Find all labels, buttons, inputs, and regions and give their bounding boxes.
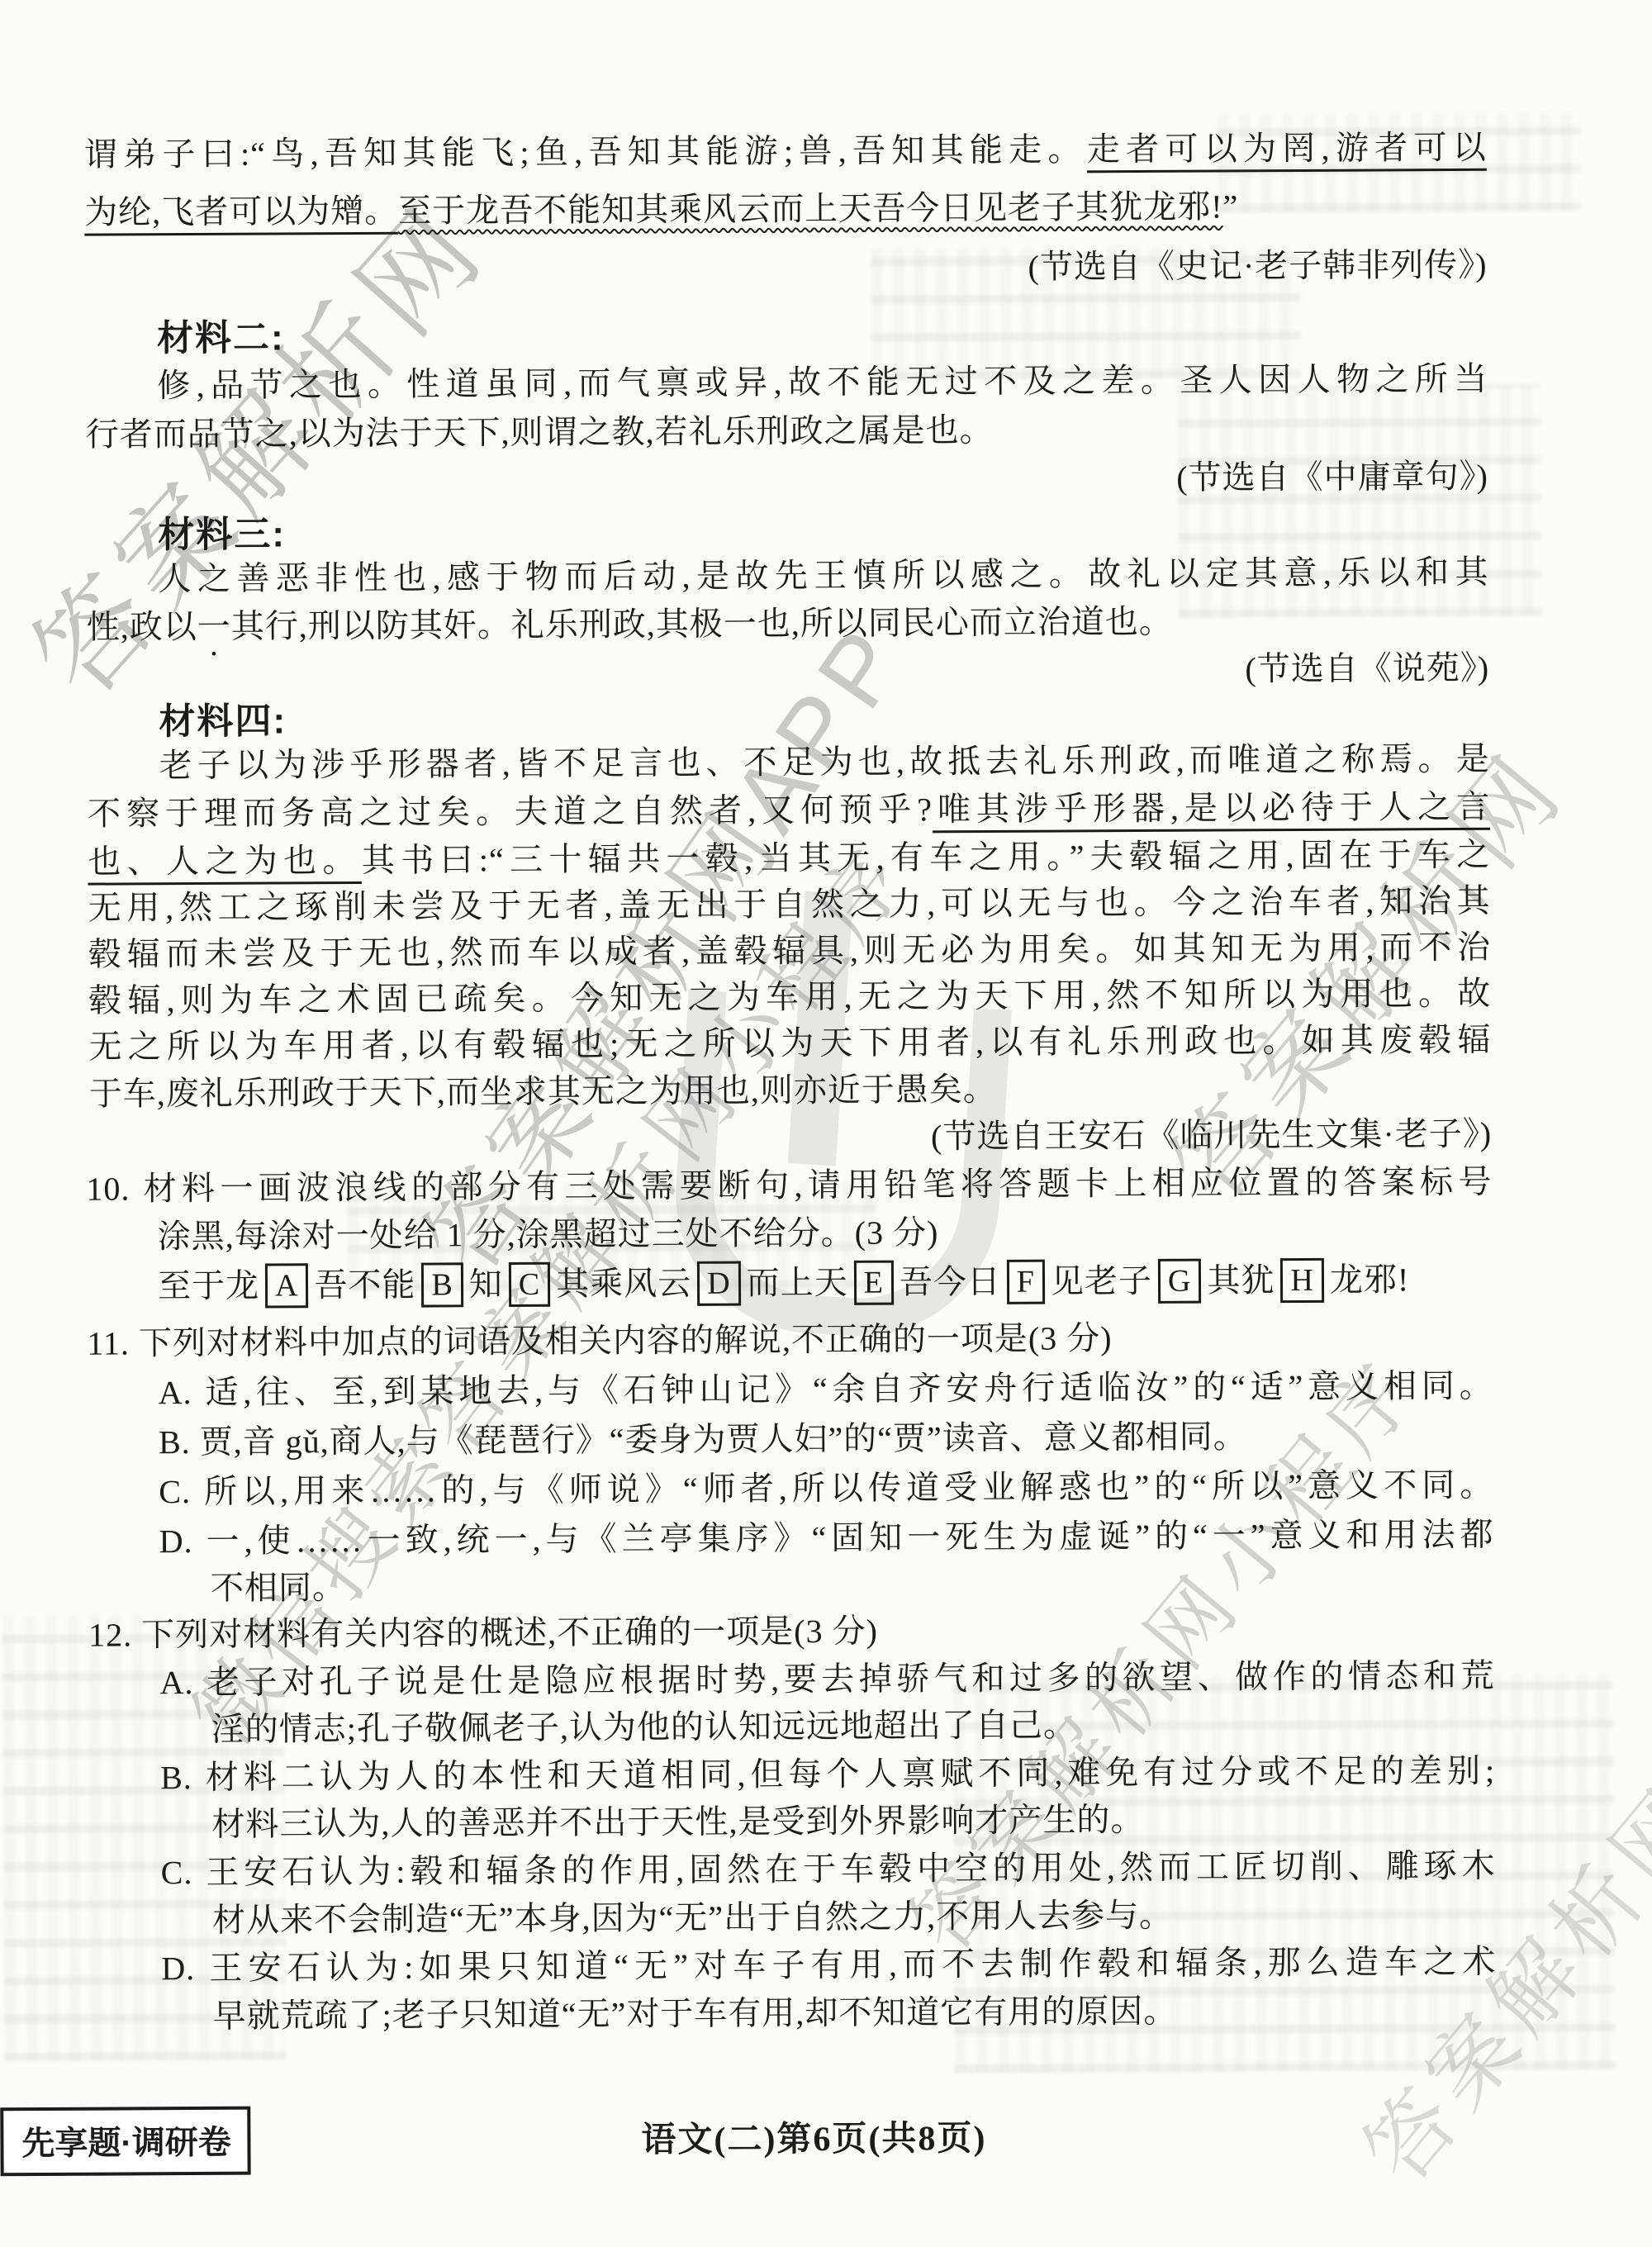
text-segment: 见老子 xyxy=(1051,1262,1152,1300)
text-segment: 无之所以为车用者,以有毂辐也;无之所以为天下用者,以有礼乐刑政也。如其废毂辐 xyxy=(88,1021,1491,1066)
question11-optionA: A. 适,往、至,到某地去,与《石钟山记》“余自齐安舟行适临汝”的“适”意义相同… xyxy=(159,1366,1493,1413)
question11-optionC: C. 所以,用来……的,与《师说》“师者,所以传道受业解惑也”的“所以”意义不同… xyxy=(159,1465,1493,1513)
text-segment: 吾今日 xyxy=(900,1263,1001,1301)
material3-heading: 材料三: xyxy=(158,511,286,558)
text-segment: 11. 下列对材料中加点的词语及相关内容的解说,不正确的一项是(3 分) xyxy=(87,1319,1112,1361)
text-segment: C. 所以,用来……的,与《师说》“师者,所以传道受业解惑也”的“所以”意义不同… xyxy=(159,1466,1493,1510)
question10-line2: 涂黑,每涂对一处给 1 分,涂黑超过三处不给分。(3 分) xyxy=(158,1212,939,1257)
text-segment: 至于龙 xyxy=(158,1267,259,1305)
question11-stem: 11. 下列对材料中加点的词语及相关内容的解说,不正确的一项是(3 分) xyxy=(87,1318,1112,1364)
answer-letter-box: B xyxy=(421,1262,463,1307)
text-segment: ” xyxy=(1222,188,1238,225)
question12-optionC-line1: C. 王安石认为:毂和辐条的作用,固然在于车毂中空的用处,然而工匠切削、雕琢木 xyxy=(161,1846,1496,1893)
answer-letter-box: C xyxy=(509,1262,551,1307)
text-segment: 老子以为涉乎形器者,皆不足言也、不足为也,故抵去礼乐刑政,而唯道之称焉。是 xyxy=(159,740,1490,784)
text-segment: 12. 下列对材料有关内容的概述,不正确的一项是(3 分) xyxy=(88,1613,878,1654)
material1-line2: 为纶,飞者可以为矰。至于龙吾不能知其乘风云而上天吾今日见老子其犹龙邪!” xyxy=(84,186,1238,233)
text-segment: 修,品节之也。性道虽同,而气禀或异,故不能无过不及之差。圣人因人物之所当 xyxy=(157,360,1488,404)
material1-source: (节选自《史记·老子韩非列传》) xyxy=(1028,245,1487,288)
material4-source: (节选自王安石《临川先生文集·老子》) xyxy=(931,1114,1492,1158)
text-segment: C. 王安石认为:毂和辐条的作用,固然在于车毂中空的用处,然而工匠切削、雕琢木 xyxy=(161,1847,1496,1891)
material4-line4: 无用,然工之琢削未尝及于无者,盖无出于自然之力,可以无与也。今之治车者,知治其 xyxy=(88,881,1490,929)
text-segment: D. 一,使……一致,统一,与《兰亭集序》“固知一死生为虚诞”的“一”意义和用法… xyxy=(159,1516,1494,1560)
material2-line2: 行者而品节之,以为法于天下,则谓之教,若礼乐刑政之属是也。 xyxy=(85,410,993,456)
text-segment: 材料三认为,人的善恶并不出于天性,是受到外界影响才产生的。 xyxy=(211,1801,1144,1843)
material3-line2: 性,政以一其行,刑以防其奸。礼乐刑政,其极一也,所以同民心而立治道也。 xyxy=(87,601,1173,664)
text-segment: 其书曰:“三十辐共一毂,当其无,有车之用。”夫毂辐之用,固在于车之 xyxy=(362,836,1491,879)
question12-optionA-line2: 淫的情志;孔子敬佩老子,认为他的认知远远地超出了自己。 xyxy=(211,1704,1077,1750)
material2-line1: 修,品节之也。性道虽同,而气禀或异,故不能无过不及之差。圣人因人物之所当 xyxy=(157,359,1488,406)
answer-letter-box: E xyxy=(853,1261,894,1305)
question11-optionD-line1: D. 一,使……一致,统一,与《兰亭集序》“固知一死生为虚诞”的“一”意义和用法… xyxy=(159,1514,1494,1562)
text-segment: B. 贾,音 gǔ,商人,与《琵琶行》“委身为贾人妇”的“贾”读音、意义都相同。 xyxy=(159,1418,1247,1461)
material4-line7: 无之所以为车用者,以有毂辐也;无之所以为天下用者,以有礼乐刑政也。如其废毂辐 xyxy=(88,1019,1491,1068)
text-segment: (节选自《说苑》) xyxy=(1245,649,1489,688)
text-segment: A. 老子对孔子说是仕是隐应根据时势,要去掉骄气和过多的欲望、做作的情态和荒 xyxy=(159,1657,1494,1701)
question12-optionC-line2: 材从来不会制造“无”本身,因为“无”出于自然之力,不用人去参与。 xyxy=(212,1895,1173,1941)
text-segment: 其乘风云 xyxy=(556,1265,691,1303)
solid-underline-segment: 也、人之为也。 xyxy=(88,842,362,881)
text-segment: 10. 材料一画波浪线的部分有三处需要断句,请用铅笔将答题卡上相应位置的答案标号 xyxy=(86,1163,1492,1208)
text-segment: 其行,刑以防其奸。礼乐刑政,其极一也,所以同民心而立治道也。 xyxy=(231,603,1173,645)
text-segment: (节选自《中庸章句》) xyxy=(1176,458,1488,496)
question12-stem: 12. 下列对材料有关内容的概述,不正确的一项是(3 分) xyxy=(88,1611,878,1656)
text-segment: B. 材料二认为人的本性和天道相同,但每个人禀赋不同,难免有过分或不足的差别; xyxy=(160,1752,1495,1796)
text-segment: D. 王安石认为:如果只知道“无”对车子有用,而不去制作毂和辐条,那么造车之术 xyxy=(161,1943,1496,1987)
text-segment: 于车,废礼乐刑政于天下,而坐求其无之为用也,则亦近于愚矣。 xyxy=(89,1071,997,1113)
material3-line1: 人之善恶非性也,感于物而后动,是故先王慎所以感之。故礼以定其意,乐以和其 xyxy=(158,552,1488,600)
text-segment: 材从来不会制造“无”本身,因为“无”出于自然之力,不用人去参与。 xyxy=(212,1897,1173,1939)
text-segment: 不察于理而务高之过矣。夫道之自然者,又何预乎? xyxy=(88,791,933,832)
text-segment: 涂黑,每涂对一处给 1 分,涂黑超过三处不给分。(3 分) xyxy=(158,1214,939,1255)
text-segment: (节选自《史记·老子韩非列传》) xyxy=(1028,246,1487,286)
answer-letter-box: G xyxy=(1158,1259,1202,1304)
material3-source: (节选自《说苑》) xyxy=(1245,648,1489,691)
question12-optionD-line1: D. 王安石认为:如果只知道“无”对车子有用,而不去制作毂和辐条,那么造车之术 xyxy=(161,1941,1496,1989)
text-segment: A. 适,往、至,到某地去,与《石钟山记》“余自齐安舟行适临汝”的“适”意义相同… xyxy=(159,1367,1493,1411)
solid-underline-segment: 为纶,飞者可以为矰。 xyxy=(84,192,398,231)
footer-page-number: 语文(二)第6页(共8页) xyxy=(641,2111,986,2162)
material4-heading: 材料四: xyxy=(159,698,287,744)
text-segment: 而上天 xyxy=(747,1264,848,1302)
text-segment: (节选自王安石《临川先生文集·老子》) xyxy=(931,1115,1492,1156)
text-segment: 知 xyxy=(469,1266,503,1303)
text-segment: 毂辐,则为车之术固已疏矣。今知无之为车用,无之为天下用,然不知所以为用也。故 xyxy=(88,975,1491,1019)
emphasis-dot-segment: 一 xyxy=(197,608,231,645)
text-segment: 行者而品节之,以为法于天下,则谓之教,若礼乐刑政之属是也。 xyxy=(86,411,994,454)
material4-line8: 于车,废礼乐刑政于天下,而坐求其无之为用也,则亦近于愚矣。 xyxy=(89,1069,997,1115)
material4-line3: 也、人之为也。其书曰:“三十辐共一毂,当其无,有车之用。”夫毂辐之用,固在于车之 xyxy=(88,834,1490,883)
question12-optionB-line1: B. 材料二认为人的本性和天道相同,但每个人禀赋不同,难免有过分或不足的差别; xyxy=(160,1751,1495,1798)
text-segment: 毂辐而未尝及于无也,然而车以成者,盖毂辐具,则无必为用矣。如其知无为用,而不治 xyxy=(88,929,1491,973)
solid-underline-segment: 走者可以为罔,游者可以 xyxy=(1087,129,1487,169)
text-segment: 不相同。 xyxy=(211,1569,346,1607)
question11-optionD-line2: 不相同。 xyxy=(211,1567,346,1609)
text-segment: 龙邪! xyxy=(1330,1261,1410,1299)
footer-edition-badge: 先享题·调研卷 xyxy=(0,2107,251,2177)
material4-line1: 老子以为涉乎形器者,皆不足言也、不足为也,故抵去礼乐刑政,而唯道之称焉。是 xyxy=(159,739,1490,786)
question12-optionD-line2: 早就荒疏了;老子只知道“无”对于车有用,却不知道它有用的原因。 xyxy=(213,1991,1178,2037)
material4-line6: 毂辐,则为车之术固已疏矣。今知无之为车用,无之为天下用,然不知所以为用也。故 xyxy=(88,973,1491,1022)
question12-optionA-line1: A. 老子对孔子说是仕是隐应根据时势,要去掉骄气和过多的欲望、做作的情态和荒 xyxy=(159,1656,1494,1703)
material1-line1: 谓弟子曰:“鸟,吾知其能飞;鱼,吾知其能游;兽,吾知其能走。走者可以为罔,游者可… xyxy=(84,127,1487,176)
question12-optionB-line2: 材料三认为,人的善恶并不出于天性,是受到外界影响才产生的。 xyxy=(211,1799,1144,1846)
question10-line1: 10. 材料一画波浪线的部分有三处需要断句,请用铅笔将答题卡上相应位置的答案标号 xyxy=(86,1162,1492,1210)
text-segment: 材料三: xyxy=(158,514,286,555)
text-segment: 吾不能 xyxy=(314,1266,415,1304)
solid-underline-segment: 唯其涉乎形器,是以必待于人之言 xyxy=(933,788,1490,829)
exam-paper-page: { "page": { "width": 2000, "height": 272… xyxy=(0,0,1652,2247)
text-segment: 淫的情志;孔子敬佩老子,认为他的认知远远地超出了自己。 xyxy=(211,1706,1077,1747)
question10-sentence: 至于龙A吾不能B知C其乘风云D而上天E吾今日F见老子G其犹H龙邪! xyxy=(158,1257,1409,1309)
text-segment: 其犹 xyxy=(1207,1261,1275,1299)
material4-line5: 毂辐而未尝及于无也,然而车以成者,盖毂辐具,则无必为用矣。如其知无为用,而不治 xyxy=(88,927,1491,976)
material4-line2: 不察于理而务高之过矣。夫道之自然者,又何预乎?唯其涉乎形器,是以必待于人之言 xyxy=(88,786,1490,835)
text-layer: 谓弟子曰:“鸟,吾知其能飞;鱼,吾知其能游;兽,吾知其能走。走者可以为罔,游者可… xyxy=(0,0,1652,2247)
answer-letter-box: H xyxy=(1280,1258,1324,1303)
wavy-underline-segment: 至于龙吾不能知其乘风云而上天吾今日见老子其犹龙邪! xyxy=(398,188,1223,229)
text-segment: 无用,然工之琢削未尝及于无者,盖无出于自然之力,可以无与也。今之治车者,知治其 xyxy=(88,882,1491,927)
answer-letter-box: A xyxy=(265,1263,309,1308)
text-segment: 谓弟子曰:“鸟,吾知其能飞;鱼,吾知其能游;兽,吾知其能走。 xyxy=(84,131,1087,173)
material2-heading: 材料二: xyxy=(157,315,285,361)
material2-source: (节选自《中庸章句》) xyxy=(1176,456,1488,499)
question11-optionB: B. 贾,音 gǔ,商人,与《琵琶行》“委身为贾人妇”的“贾”读音、意义都相同。 xyxy=(159,1416,1247,1463)
text-segment: 性,政以 xyxy=(87,608,197,646)
text-segment: 人之善恶非性也,感于物而后动,是故先王慎所以感之。故礼以定其意,乐以和其 xyxy=(158,553,1488,597)
text-segment: 材料四: xyxy=(159,701,287,742)
text-segment: 材料二: xyxy=(157,317,285,359)
text-segment: 早就荒疏了;老子只知道“无”对于车有用,却不知道它有用的原因。 xyxy=(213,1993,1178,2035)
answer-letter-box: F xyxy=(1007,1260,1045,1304)
answer-letter-box: D xyxy=(697,1261,741,1306)
page-content: 答案解析网答案解析网APP答案解析网微信搜索答案解析网小程序答案解析网小程序答案… xyxy=(0,0,1652,2247)
